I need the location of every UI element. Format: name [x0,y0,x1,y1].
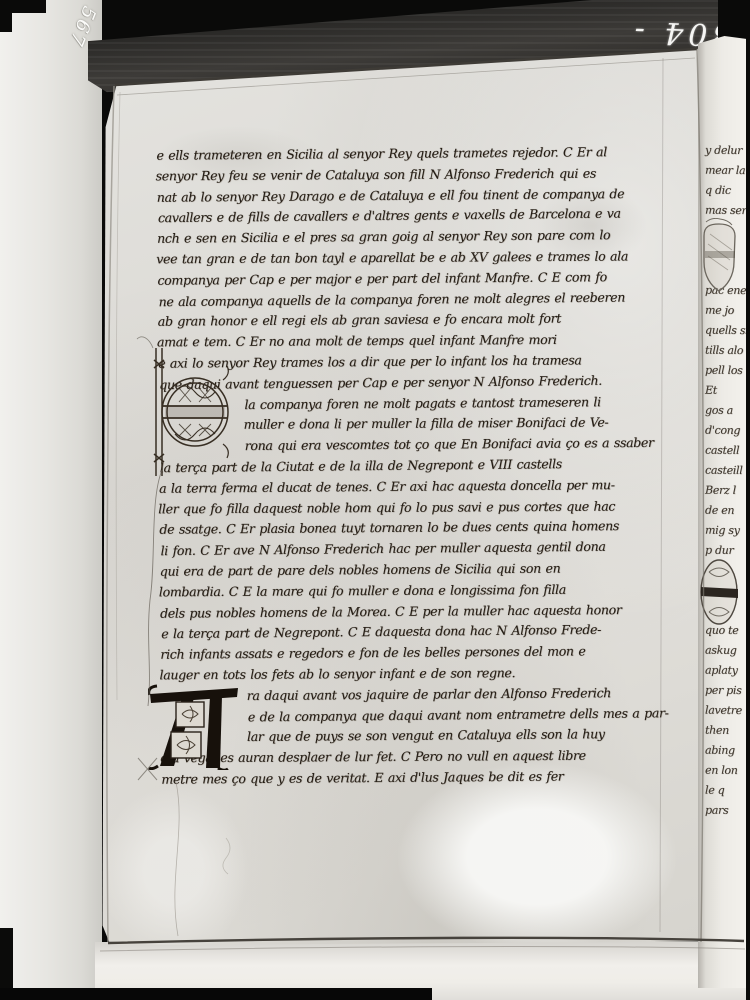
facing-page-text-fragment: en lon [705,764,746,785]
facing-page-text-fragment: le q [705,784,746,805]
manuscript-line: a la terra ferma el ducat de tenes. C Er… [159,477,603,501]
manuscript-page: e ells trameteren en Sicilia al senyor R… [97,46,711,948]
facing-page-text-fragment: aplaty [705,664,746,685]
facing-page-text-fragment: tills alo [705,344,746,365]
shield-doodle [700,218,740,294]
facing-page-edge: y delurmear laq dicmas serpac eneme joqu… [698,36,746,988]
manuscript-line: rich infants assats e regedors e fon de … [160,643,604,667]
manuscript-line: muller e dona li per muller la filla de … [244,415,602,438]
manuscript-line: qui era de part de pare dels nobles home… [160,560,604,584]
facing-page-text-fragment: gos a [705,404,746,425]
facing-page-text-fragment: d'cong [705,424,746,445]
facing-page-text-fragment: mig sy [705,524,746,545]
facing-page-text-fragment: y delur [705,144,746,165]
manuscript-photograph: 5804 - 567 e ells trameteren en Sicilia … [0,0,750,1000]
manuscript-line: e de la companya que daqui avant nom ent… [248,705,606,729]
facing-page-text-fragment: quells si [705,324,746,345]
manuscript-line: vee tan gran e de tan bon tayl e aparell… [156,249,600,273]
facing-page-text-fragment: me jo [705,304,746,325]
photo-backdrop [0,0,102,1000]
facing-page-text-fragment: mear la [705,164,746,185]
facing-page-text-fragment: q dic [705,184,746,205]
manuscript-line: ller que fo filla daquest noble hom qui … [158,498,602,522]
manuscript-line: ne ala companya aquells de la companya f… [159,289,603,314]
facing-page-text-fragment: pell los [705,364,746,385]
facing-page-text-fragment: lavetre [705,704,746,725]
roundel-doodle [699,558,741,628]
facing-page-text-fragment: casteill [705,464,746,485]
manuscript-line: lar que de puys se son vengut en Cataluy… [247,727,605,751]
facing-page-text-fragment: Et [705,384,746,405]
facing-page-text-fragment: castell [705,444,746,465]
facing-page-text-fragment: per pis [705,684,746,705]
manuscript-line: la companya foren ne molt pagats e tanto… [244,394,602,418]
manuscript-line: ra daqui avant vos jaquire de parlar den… [247,685,605,709]
facing-page-text-fragment: de en [705,504,746,525]
manuscript-line: e ells trameteren en Sicilia al senyor R… [156,144,600,168]
facing-page-text-fragment: abing [705,744,746,765]
facing-page-text-fragment: then [705,724,746,745]
photo-frame-corner [0,0,12,32]
initial-e [151,346,233,478]
facing-page-text-fragment: Berz l [705,484,746,505]
manuscript-line: lombardia. C E la mare qui fo muller e d… [159,581,603,605]
initial-a [148,684,240,770]
facing-page-text-fragment: pars [705,804,746,825]
photo-frame-edge [0,988,432,1000]
facing-page-text-fragment: askug [705,644,746,665]
manuscript-line: metre mes ço que y es de veritat. E axi … [161,768,605,792]
manuscript-line: senyor Rey feu se venir de Cataluya son … [156,165,600,189]
